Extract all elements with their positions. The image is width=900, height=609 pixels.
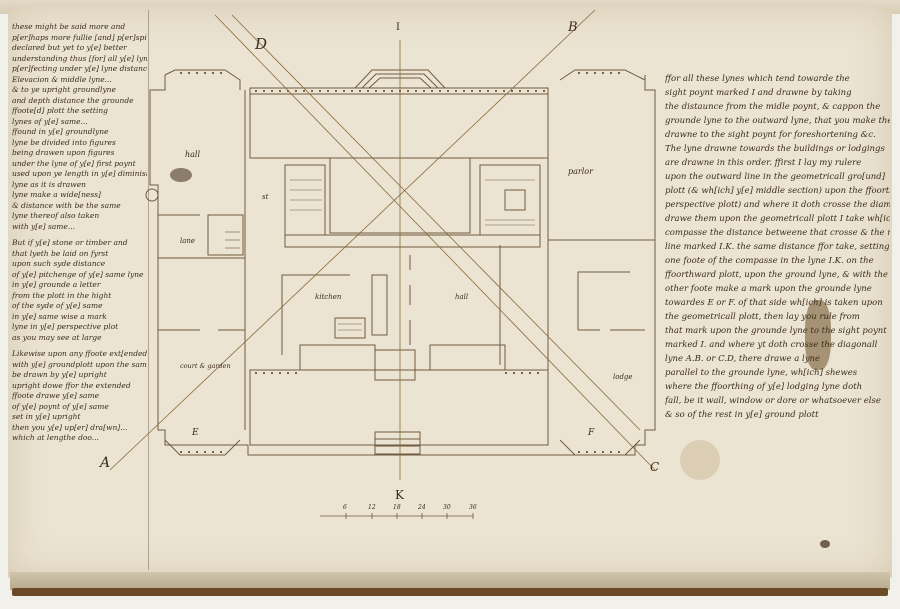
- note-line: & to ye upright groundlyne: [12, 85, 147, 96]
- note-line: drawne to the sight poynt for foreshorte…: [665, 128, 890, 142]
- note-line: set in y[e] upright: [12, 412, 147, 423]
- note-line: declared but yet to y[e] better: [12, 43, 147, 54]
- note-line: ffound in y[e] groundlyne: [12, 127, 147, 138]
- room-label: hall: [455, 293, 468, 301]
- corner-letter-b: B: [568, 20, 578, 35]
- note-line: lyne A.B. or C.D, there drawe a lyne: [665, 352, 890, 366]
- note-line: & so of the rest in y[e] ground plott: [665, 408, 890, 422]
- note-line: in y[e] same wise a mark: [12, 312, 147, 323]
- right-text-block: ffor all these lynes which tend towarde …: [665, 72, 890, 422]
- note-line: of y[e] pitchenge of y[e] same lyne: [12, 270, 147, 281]
- note-line: that lyeth be laid on fyrst: [12, 249, 147, 260]
- note-line: with y[e] same...: [12, 222, 147, 233]
- note-line: The lyne drawne towards the buildings or…: [665, 142, 890, 156]
- note-line: from the plott in the hight: [12, 291, 147, 302]
- manuscript-book: D I B A K C hall lane parlor kitchen hal…: [0, 0, 900, 609]
- note-line: towardes E or F. of that side wh[ich] is…: [665, 296, 890, 310]
- note-line: lyne thereof also taken: [12, 211, 147, 222]
- note-paragraph: these might be said more and p[er]haps m…: [12, 22, 147, 232]
- note-line: marked I. and where yt doth crosse the d…: [665, 338, 890, 352]
- note-line: fall, be it wall, window or dore or what…: [665, 394, 890, 408]
- note-line: Elevacion & middle lyne...: [12, 75, 147, 86]
- note-line: ffoorthward plott, upon the ground lyne,…: [665, 268, 890, 282]
- note-line: of the syde of y[e] same: [12, 301, 147, 312]
- room-letter-e: E: [192, 428, 199, 438]
- corner-letter-d: D: [255, 35, 267, 53]
- note-line: lyne be divided into figures: [12, 138, 147, 149]
- note-line: perspective plott) and where it doth cro…: [665, 198, 890, 212]
- left-margin-notes: these might be said more and p[er]haps m…: [12, 22, 147, 450]
- note-line: lynes of y[e] same...: [12, 117, 147, 128]
- note-line: line marked I.K. the same distance ffor …: [665, 240, 890, 254]
- note-line: be drawn by y[e] upright: [12, 370, 147, 381]
- note-line: as you may see at large: [12, 333, 147, 344]
- note-line: & distance with be the same: [12, 201, 147, 212]
- note-line: with y[e] groundplott upon the same: [12, 360, 147, 371]
- note-line: grounde lyne to the outward lyne, that y…: [665, 114, 890, 128]
- note-line: other foote make a mark upon the grounde…: [665, 282, 890, 296]
- note-line: these might be said more and: [12, 22, 147, 33]
- scale-tick-label: 18: [393, 504, 401, 511]
- note-line: p[er]haps more fullie [and] p[er]spicuou…: [12, 33, 147, 44]
- note-line: ffoote drawe y[e] same: [12, 391, 147, 402]
- note-line: being drawen upon figures: [12, 148, 147, 159]
- note-line: Likewise upon any ffoote ext[ended]: [12, 349, 147, 360]
- scale-tick-label: 12: [368, 504, 376, 511]
- note-line: then you y[e] up[er] dra[wn]...: [12, 423, 147, 434]
- note-line: ffoote[d] plott the setting: [12, 106, 147, 117]
- note-line: compasse the distance betweene that cros…: [665, 226, 890, 240]
- note-line: drawe them upon the geometricall plott I…: [665, 212, 890, 226]
- note-paragraph: Likewise upon any ffoote ext[ended] with…: [12, 349, 147, 444]
- note-line: lyne as it is drawen: [12, 180, 147, 191]
- note-line: upon the outward line in the geometrical…: [665, 170, 890, 184]
- room-letter-f: F: [588, 428, 594, 438]
- scale-tick-label: 24: [418, 504, 426, 511]
- note-line: plott (& wh[ich] y[e] middle section) up…: [665, 184, 890, 198]
- note-line: and depth distance the grounde: [12, 96, 147, 107]
- room-label: lodge: [613, 373, 633, 381]
- scale-tick-label: 6: [343, 504, 347, 511]
- stair-label: st: [262, 193, 268, 201]
- note-line: under the lyne of y[e] first poynt: [12, 159, 147, 170]
- note-line: used upon ye length in y[e] diminisht: [12, 169, 147, 180]
- scale-tick-label: 36: [469, 504, 477, 511]
- note-line: p[er]fecting under y[e] lyne distance: [12, 64, 147, 75]
- note-line: lyne make a wide[ness]: [12, 190, 147, 201]
- note-line: one foote of the compasse in the lyne I.…: [665, 254, 890, 268]
- note-line: parallel to the grounde lyne, wh[ich] sh…: [665, 366, 890, 380]
- axis-letter-k: K: [395, 488, 404, 502]
- note-paragraph: But if y[e] stone or timber and that lye…: [12, 238, 147, 343]
- note-line: lyne in y[e] perspective plot: [12, 322, 147, 333]
- scale-tick-label: 30: [443, 504, 451, 511]
- note-line: that mark upon the grounde lyne to the s…: [665, 324, 890, 338]
- room-label: court & garden: [180, 362, 231, 370]
- note-line: the geometricall plott, then lay you rul…: [665, 310, 890, 324]
- note-line: ffor all these lynes which tend towarde …: [665, 72, 890, 86]
- note-line: are drawne in this order. ffirst I lay m…: [665, 156, 890, 170]
- note-line: of y[e] poynt of y[e] same: [12, 402, 147, 413]
- sight-point-letter-i: I: [396, 22, 400, 33]
- note-line: which at lengthe doo...: [12, 433, 147, 444]
- room-label: kitchen: [315, 293, 341, 301]
- note-line: upon such syde distance: [12, 259, 147, 270]
- corner-letter-c: C: [650, 460, 659, 474]
- note-line: the distaunce from the midle poynt, & ca…: [665, 100, 890, 114]
- room-label: lane: [180, 237, 195, 245]
- note-line: sight poynt marked I and drawne by takin…: [665, 86, 890, 100]
- room-label: hall: [185, 150, 200, 159]
- note-line: But if y[e] stone or timber and: [12, 238, 147, 249]
- note-line: where the ffoorthing of y[e] lodging lyn…: [665, 380, 890, 394]
- corner-letter-a: A: [100, 455, 110, 471]
- room-label: parlor: [568, 167, 593, 176]
- note-line: upright dowe ffor the extended: [12, 381, 147, 392]
- note-line: in y[e] grounde a letter: [12, 280, 147, 291]
- note-line: understanding thus [for] all y[e] lynes: [12, 54, 147, 65]
